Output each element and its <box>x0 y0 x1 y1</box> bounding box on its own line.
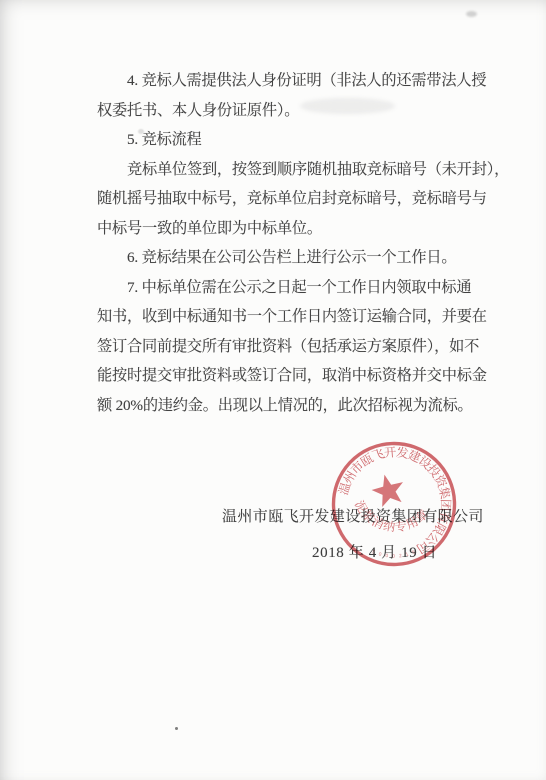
text-line: 中标号一致的单位即为中标单位。 <box>97 214 493 244</box>
scanned-document-page: 4. 竞标人需提供法人身份证明（非法人的还需带法人授权委托书、本人身份证原件）。… <box>0 0 546 780</box>
text-line: 7. 中标单位需在公示之日起一个工作日内领取中标通 <box>97 273 493 303</box>
seal-bottom-text: 泥浆消纳专用章 <box>350 497 432 537</box>
text-line: 额 20%的违约金。出现以上情况的，此次招标视为流标。 <box>97 391 493 421</box>
text-line: 4. 竞标人需提供法人身份证明（非法人的还需带法人授 <box>97 66 493 96</box>
document-body-text: 4. 竞标人需提供法人身份证明（非法人的还需带法人授权委托书、本人身份证原件）。… <box>97 66 493 420</box>
text-line: 竞标单位签到，按签到顺序随机抽取竞标暗号（未开封）， <box>97 155 493 185</box>
star-icon <box>369 471 408 509</box>
text-line: 签订合同前提交所有审批资料（包括承运方案原件），如不 <box>97 332 493 362</box>
text-line: 5. 竞标流程 <box>97 125 493 155</box>
text-line: 能按时提交审批资料或签订合同，取消中标资格并交中标金 <box>97 361 493 391</box>
text-line: 知书，收到中标通知书一个工作日内签订运输合同，并要在 <box>97 302 493 332</box>
scan-artifact <box>175 727 178 730</box>
svg-text:泥浆消纳专用章: 泥浆消纳专用章 <box>350 497 432 537</box>
text-line: 6. 竞标结果在公司公告栏上进行公示一个工作日。 <box>97 243 493 273</box>
text-line: 随机摇号抽取中标号，竞标单位启封竞标暗号，竞标暗号与 <box>97 184 493 214</box>
scan-artifact <box>466 11 477 17</box>
text-line: 权委托书、本人身份证原件）。 <box>97 96 493 126</box>
seal-border-ring <box>331 441 456 566</box>
official-seal-stamp: 温州市瓯飞开发建设投资集团有限公司 泥浆消纳专用章 50002153 <box>326 436 463 573</box>
